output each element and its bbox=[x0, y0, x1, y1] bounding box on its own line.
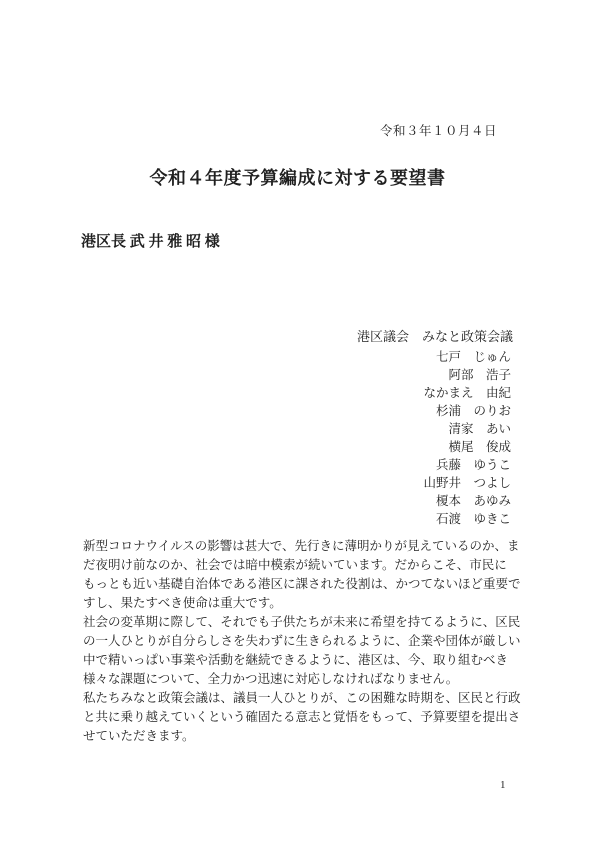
member-name: なかまえ 由紀 bbox=[0, 384, 511, 402]
body-paragraph: 社会の変革期に際して、それでも子供たちが未来に希望を持てるように、区民 の一人ひ… bbox=[83, 613, 553, 689]
member-name: 阿部 浩子 bbox=[0, 366, 511, 384]
addressee-name: 港区長 武 井 雅 昭 様 bbox=[81, 233, 220, 251]
body-paragraph: 私たちみなと政策会議は、議員一人ひとりが、この困難な時期を、区民と行政 と共に乗… bbox=[83, 689, 553, 746]
member-name: 七戸 じゅん bbox=[0, 348, 511, 366]
page-number: 1 bbox=[500, 779, 506, 792]
document-date: 令和３年１０月４日 bbox=[0, 123, 497, 139]
member-name: 杉浦 のりお bbox=[0, 402, 511, 420]
member-name: 横尾 俊成 bbox=[0, 438, 511, 456]
document-body: 新型コロナウイルスの影響は甚大で、先行きに薄明かりが見えているのか、ま だ夜明け… bbox=[83, 537, 553, 746]
sender-organization: 港区議会 みなと政策会議 bbox=[0, 328, 513, 345]
document-page: 令和３年１０月４日 令和４年度予算編成に対する要望書 港区長 武 井 雅 昭 様… bbox=[0, 0, 595, 842]
member-name: 山野井 つよし bbox=[0, 474, 511, 492]
document-title: 令和４年度予算編成に対する要望書 bbox=[0, 166, 595, 190]
member-name: 清家 あい bbox=[0, 420, 511, 438]
body-paragraph: 新型コロナウイルスの影響は甚大で、先行きに薄明かりが見えているのか、ま だ夜明け… bbox=[83, 537, 553, 613]
member-name: 兵藤 ゆうこ bbox=[0, 456, 511, 474]
member-name-list: 七戸 じゅん 阿部 浩子 なかまえ 由紀 杉浦 のりお 清家 あい 横尾 俊成 … bbox=[0, 348, 511, 528]
member-name: 榎本 あゆみ bbox=[0, 492, 511, 510]
member-name: 石渡 ゆきこ bbox=[0, 510, 511, 528]
